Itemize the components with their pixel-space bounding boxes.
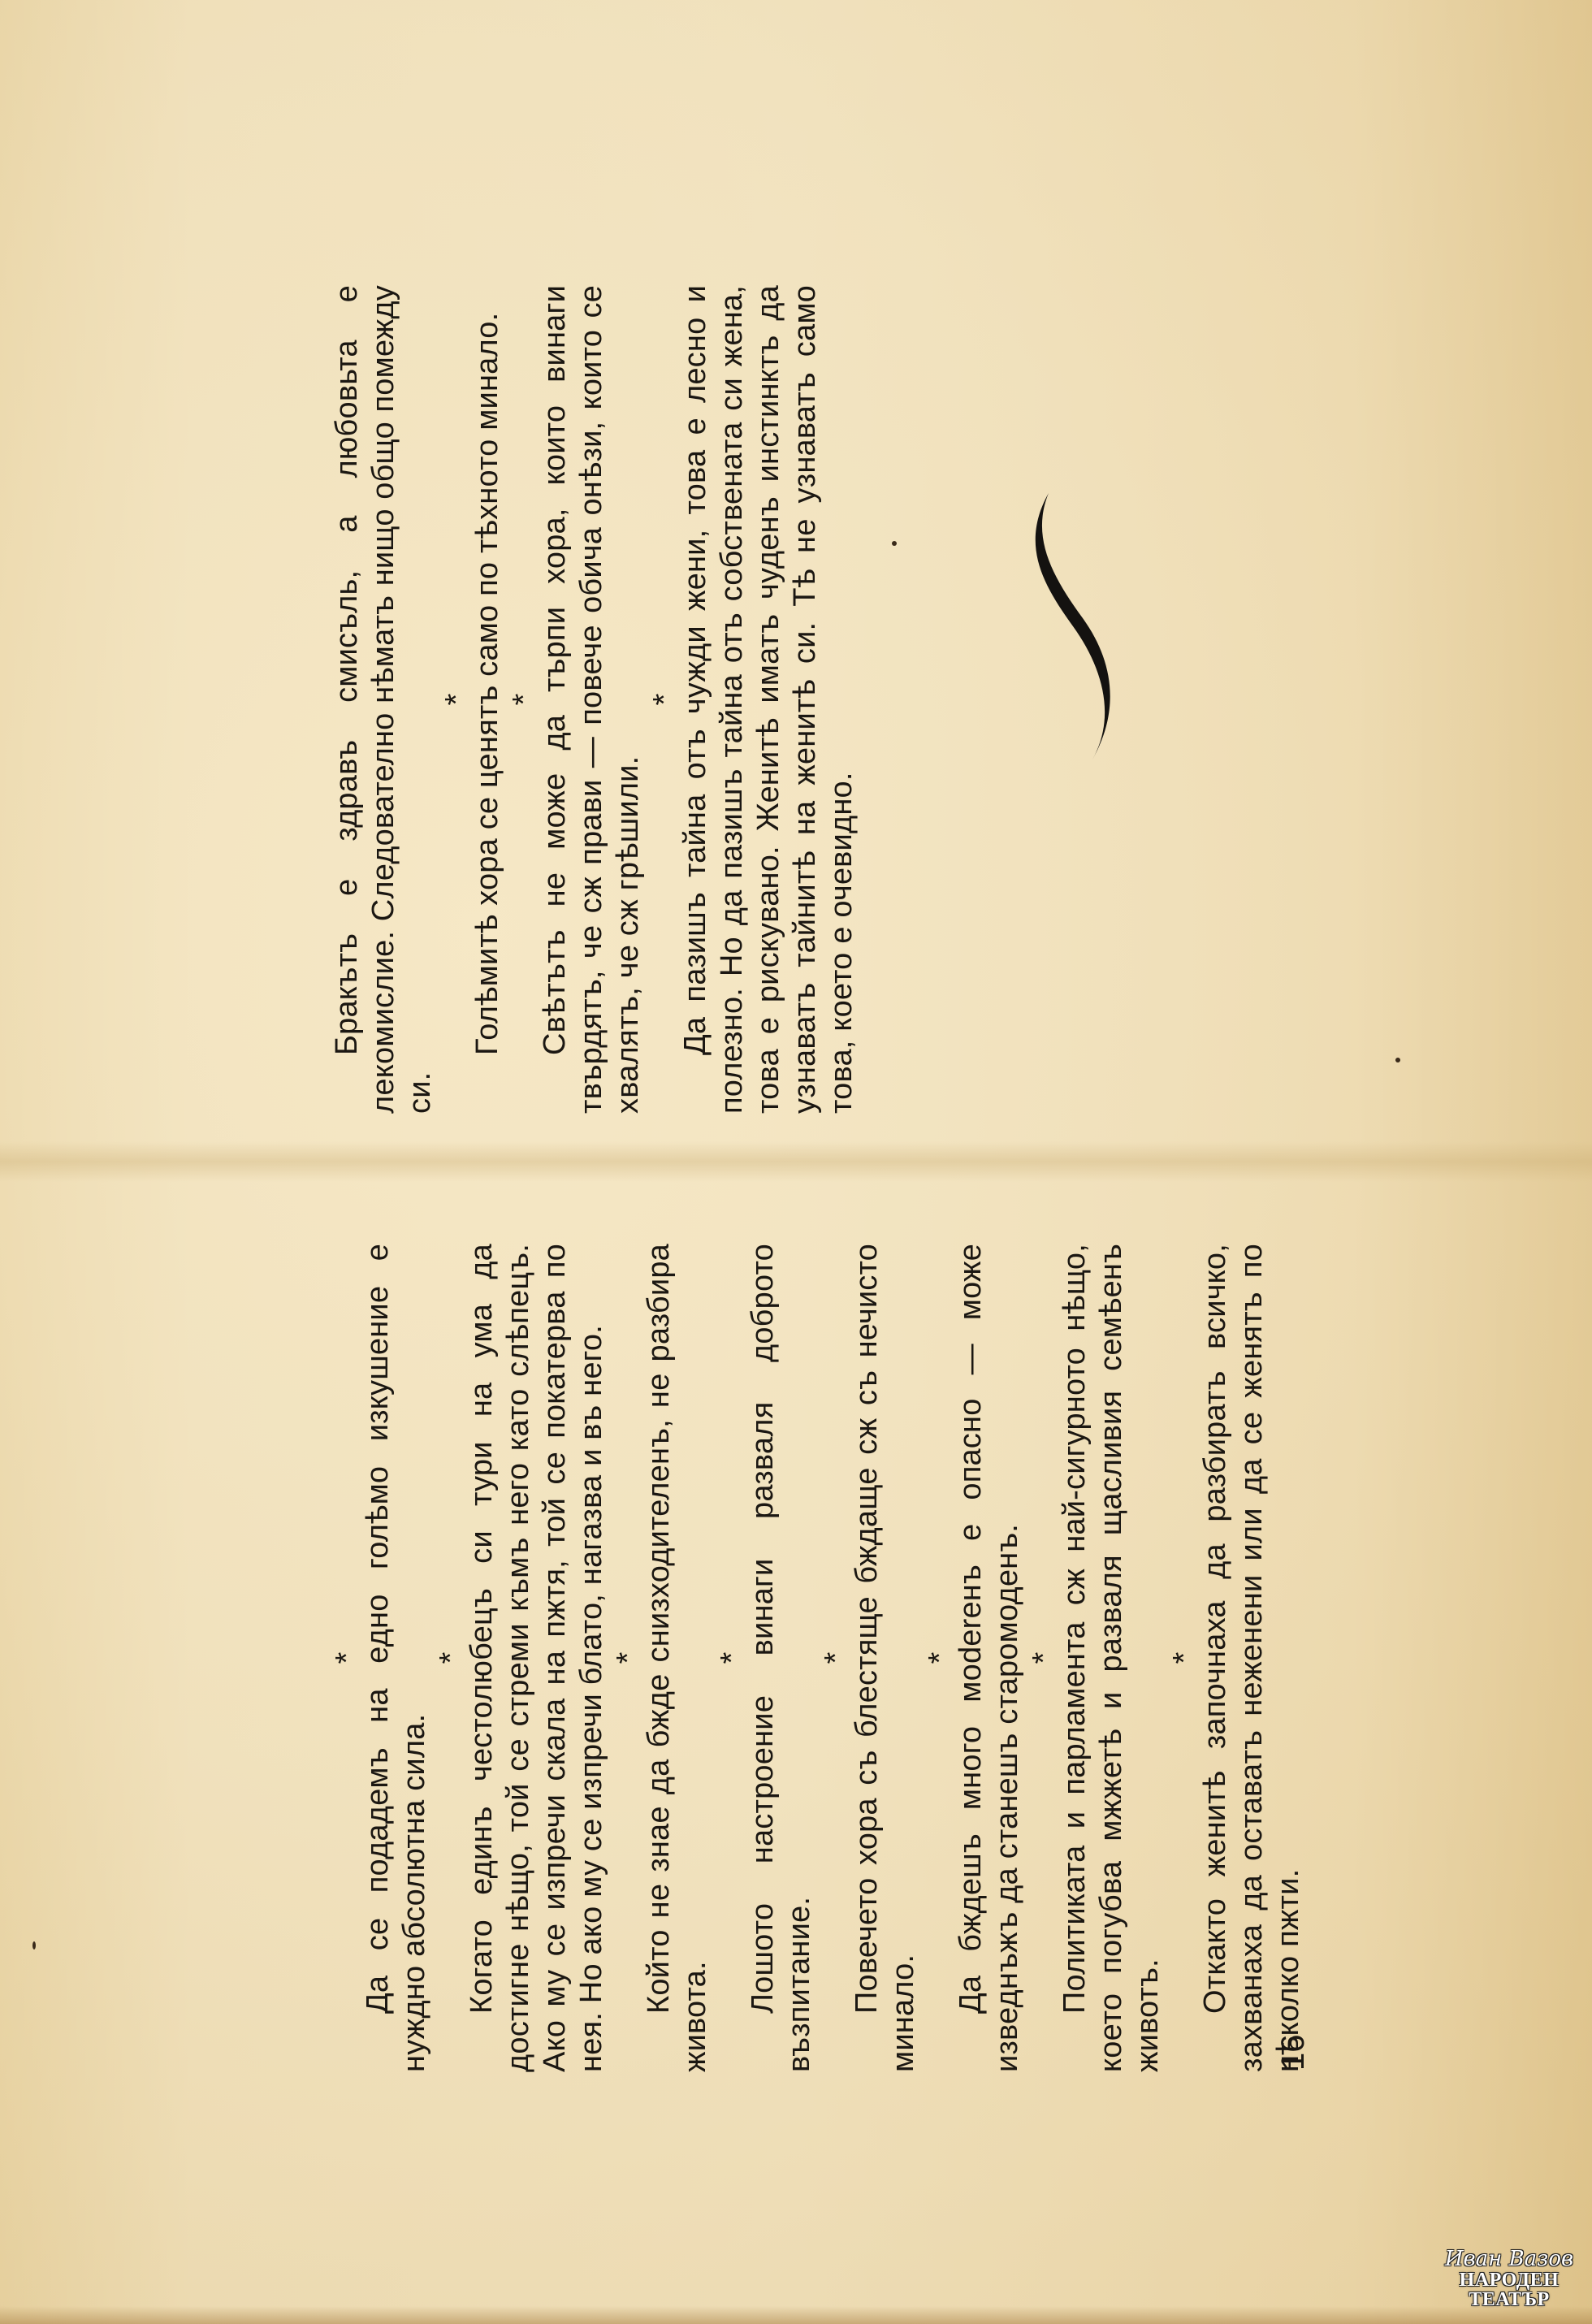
aphorism: Когато единъ честолюбецъ си тури на ума …: [464, 1244, 610, 2072]
aphorism: Лошото настроение винаги разваля доброто…: [745, 1244, 818, 2072]
aphorism-text: Лошото настроение винаги разваля доброто…: [745, 1244, 818, 2072]
separator-asterisk: *: [440, 285, 468, 1114]
separator-asterisk: *: [648, 285, 676, 1114]
signature-text: Иван Вазов: [1444, 2248, 1574, 2270]
separator-asterisk: *: [716, 1244, 743, 2072]
aphorism-text: Откакто женитѣ започнаха да разбиратъ вс…: [1197, 1244, 1307, 2072]
aphorism-text: Политиката и парламента сж най-сигурното…: [1057, 1244, 1166, 2072]
separator-asterisk: *: [435, 1244, 462, 2072]
theatre-watermark-logo: Иван Вазов НАРОДЕН ТЕАТЪР: [1444, 2248, 1574, 2309]
aphorism: Откакто женитѣ започнаха да разбиратъ вс…: [1197, 1244, 1307, 2072]
aphorism-text: Да се подадемъ на едно голѣмо изкушение …: [360, 1244, 433, 2072]
separator-asterisk: *: [612, 1244, 639, 2072]
page-16: *Да се подадемъ на едно голѣмо изкушение…: [0, 1162, 1592, 2324]
book-spread: *Да се подадемъ на едно голѣмо изкушение…: [0, 0, 1592, 2324]
aphorism: Бракътъ е здравъ смисъль, а любовьта е л…: [329, 285, 439, 1114]
logo-line-2: ТЕАТЪР: [1444, 2290, 1574, 2309]
separator-asterisk: *: [820, 1244, 847, 2072]
aphorism-text: Свѣтътъ не може да търпи хора, които вин…: [537, 285, 647, 1114]
separator-asterisk: *: [331, 1244, 358, 2072]
ink-speck: [892, 541, 897, 546]
separator-asterisk: *: [1027, 1244, 1055, 2072]
right-page-text: Бракътъ е здравъ смисъль, а любовьта е л…: [329, 285, 862, 1114]
aphorism: Голѣмитѣ хора се ценятъ само по тѣхното …: [469, 285, 506, 1114]
aphorism: Който не знае да бжде снизходителенъ, не…: [641, 1244, 714, 2072]
separator-asterisk: *: [1168, 1244, 1196, 2072]
aphorism: Свѣтътъ не може да търпи хора, които вин…: [537, 285, 647, 1114]
ink-speck: [1395, 1058, 1400, 1062]
separator-asterisk: *: [508, 285, 535, 1114]
logo-line-1: НАРОДЕН: [1444, 2270, 1574, 2290]
separator-asterisk: *: [924, 1244, 951, 2072]
aphorism: Повечето хора съ блестяще бждаще сж съ н…: [849, 1244, 922, 2072]
page-number: 16: [1275, 2035, 1312, 2071]
swash-ornament-icon: [995, 488, 1125, 764]
aphorism: Политиката и парламента сж най-сигурното…: [1057, 1244, 1166, 2072]
aphorism: Да пазишъ тайна отъ чужди жени, това е л…: [677, 285, 860, 1114]
page-17: Бракътъ е здравъ смисъль, а любовьта е л…: [0, 1, 1592, 1162]
aphorism: Да бждешъ много моderенъ е опасно — може…: [953, 1244, 1026, 2072]
aphorism-text: Който не знае да бжде снизходителенъ, не…: [641, 1244, 714, 2072]
aphorism-text: Да бждешъ много моderенъ е опасно — може…: [953, 1244, 1026, 2072]
aphorism-text: Повечето хора съ блестяще бждаще сж съ н…: [849, 1244, 922, 2072]
aphorism-text: Когато единъ честолюбецъ си тури на ума …: [464, 1244, 610, 2072]
ink-speck: [32, 1941, 36, 1950]
aphorism-text: Бракътъ е здравъ смисъль, а любовьта е л…: [329, 285, 439, 1114]
aphorism-text: Да пазишъ тайна отъ чужди жени, това е л…: [677, 285, 860, 1114]
aphorism: Да се подадемъ на едно голѣмо изкушение …: [360, 1244, 433, 2072]
aphorism-text: Голѣмитѣ хора се ценятъ само по тѣхното …: [469, 285, 506, 1114]
left-page-text: *Да се подадемъ на едно голѣмо изкушение…: [329, 1244, 1309, 2072]
